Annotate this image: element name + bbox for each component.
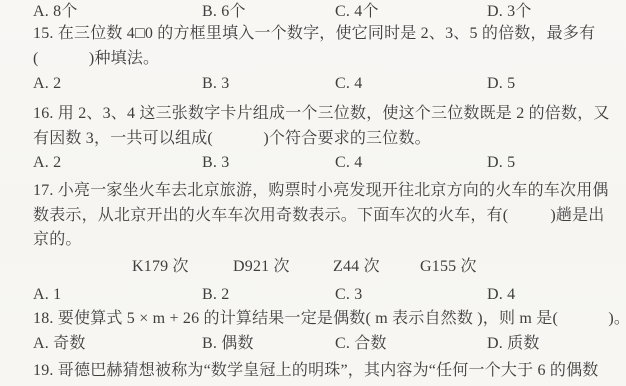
question-15-text-line-2: ( )种填法。 (33, 47, 603, 71)
option-d: D. 5 (487, 151, 603, 175)
question-17-text-line-1: 17. 小亮一家坐火车去北京旅游，购票时小亮发现开往北京方向的火车的车次用偶 (33, 179, 603, 203)
option-a: A. 2 (33, 72, 202, 96)
question-18-options-row: A. 奇数 B. 偶数 C. 合数 D. 质数 (33, 332, 603, 356)
option-a: A. 奇数 (33, 332, 202, 356)
question-15-options-row: A. 2 B. 3 C. 4 D. 5 (33, 72, 603, 96)
option-d: D. 4 (487, 283, 603, 307)
question-19-text-line-1: 19. 哥德巴赫猜想被称为“数学皇冠上的明珠”，其内容为“任何一个大于 6 的偶… (33, 359, 603, 383)
train-number: Z44 次 (333, 255, 380, 279)
question-14-options-row: A. 8个 B. 6个 C. 4个 D. 3个 (33, 0, 603, 24)
train-numbers-row: K179 次 D921 次 Z44 次 G155 次 (33, 255, 603, 279)
option-b: B. 6个 (202, 0, 335, 24)
question-17-options-row: A. 1 B. 2 C. 3 D. 4 (33, 283, 603, 307)
option-d: D. 质数 (487, 332, 603, 356)
option-a: A. 2 (33, 151, 202, 175)
option-c: C. 4 (335, 72, 487, 96)
question-16-text-line-1: 16. 用 2、3、4 这三张数字卡片组成一个三位数，使这个三位数既是 2 的倍… (33, 102, 603, 126)
option-b: B. 3 (202, 72, 335, 96)
worksheet-page: A. 8个 B. 6个 C. 4个 D. 3个 15. 在三位数 4□0 的方框… (0, 0, 626, 386)
option-c: C. 3 (335, 283, 487, 307)
question-15-text-line-1: 15. 在三位数 4□0 的方框里填入一个数字，使它同时是 2、3、5 的倍数，… (33, 22, 603, 46)
option-d: D. 5 (487, 72, 603, 96)
option-a: A. 1 (33, 283, 202, 307)
question-17-text-line-3: 京的。 (33, 228, 603, 252)
train-number: D921 次 (233, 255, 290, 279)
question-18-text-line-1: 18. 要使算式 5 × m + 26 的计算结果一定是偶数( m 表示自然数 … (33, 307, 603, 331)
option-b: B. 偶数 (202, 332, 335, 356)
option-b: B. 3 (202, 151, 335, 175)
question-16-options-row: A. 2 B. 3 C. 4 D. 5 (33, 151, 603, 175)
question-16-text-line-2: 有因数 3，一共可以组成( )个符合要求的三位数。 (33, 127, 603, 151)
train-number: G155 次 (420, 255, 477, 279)
option-d: D. 3个 (487, 0, 603, 24)
option-c: C. 4 (335, 151, 487, 175)
question-17-text-line-2: 数表示，从北京开出的火车车次用奇数表示。下面车次的火车，有( )趟是出 (33, 204, 603, 228)
option-c: C. 4个 (335, 0, 487, 24)
option-b: B. 2 (202, 283, 335, 307)
train-number: K179 次 (132, 255, 189, 279)
option-a: A. 8个 (33, 0, 202, 24)
option-c: C. 合数 (335, 332, 487, 356)
